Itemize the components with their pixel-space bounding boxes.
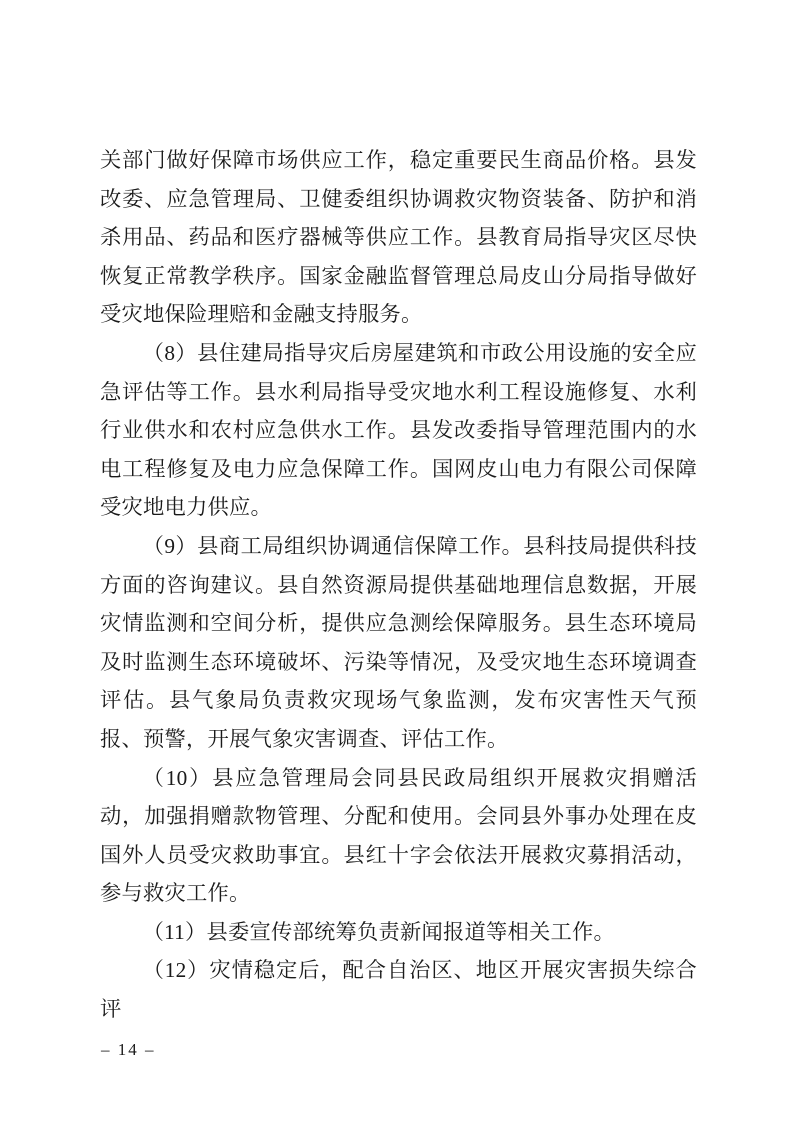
page-number: – 14 – xyxy=(101,1040,156,1060)
paragraph: （8）县住建局指导灾后房屋建筑和市政公用设施的安全应急评估等工作。县水利局指导受… xyxy=(100,334,697,527)
paragraph: 关部门做好保障市场供应工作，稳定重要民生商品价格。县发改委、应急管理局、卫健委组… xyxy=(100,141,697,334)
document-page: 关部门做好保障市场供应工作，稳定重要民生商品价格。县发改委、应急管理局、卫健委组… xyxy=(0,0,793,1122)
paragraph: （11）县委宣传部统筹负责新闻报道等相关工作。 xyxy=(100,913,697,952)
paragraph: （10）县应急管理局会同县民政局组织开展救灾捐赠活动，加强捐赠款物管理、分配和使… xyxy=(100,759,697,913)
paragraph: （12）灾情稳定后，配合自治区、地区开展灾害损失综合评 xyxy=(100,951,697,1028)
document-body: 关部门做好保障市场供应工作，稳定重要民生商品价格。县发改委、应急管理局、卫健委组… xyxy=(100,141,697,1029)
paragraph: （9）县商工局组织协调通信保障工作。县科技局提供科技方面的咨询建议。县自然资源局… xyxy=(100,527,697,759)
